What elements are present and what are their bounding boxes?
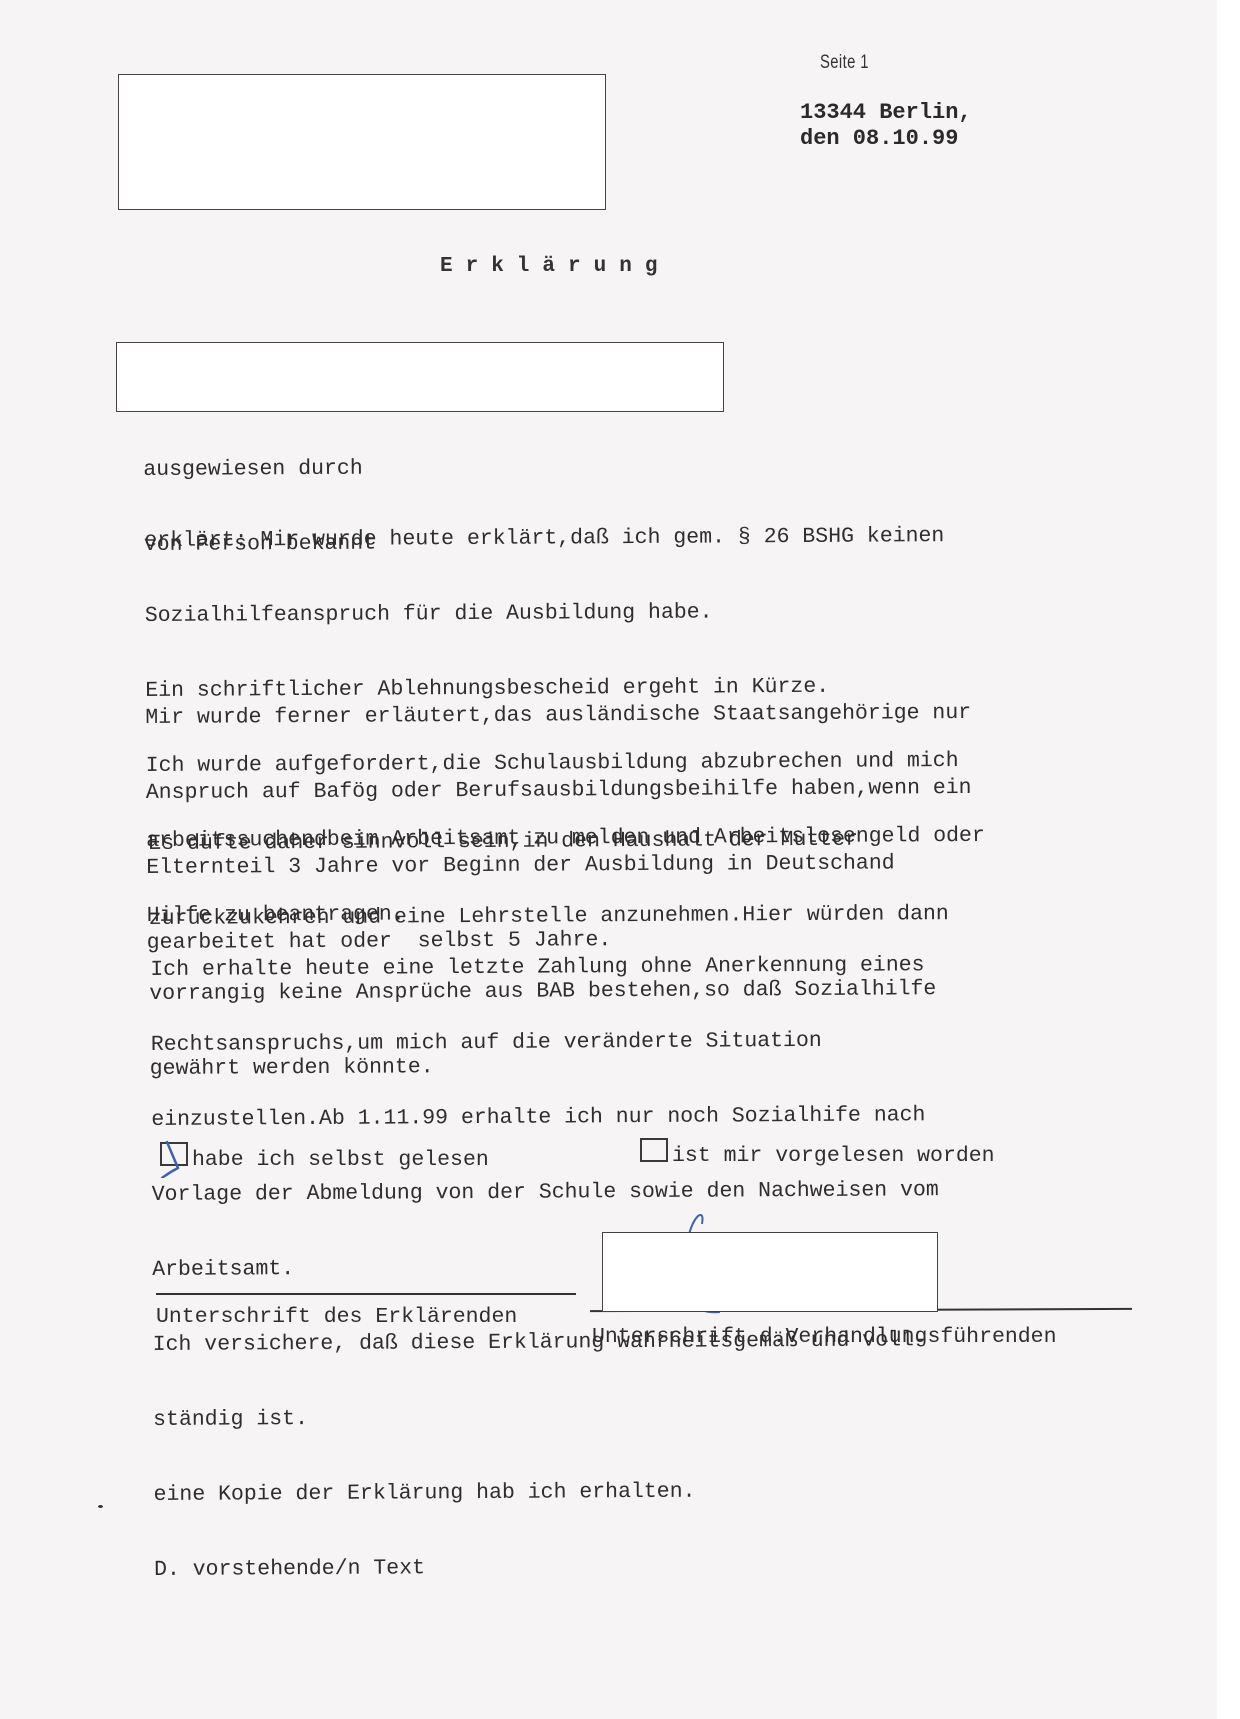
text-line: einzustellen.Ab 1.11.99 erhalte ich nur … (151, 1103, 938, 1133)
text-line: Es düfte daher sinnvoll sein,in den Haus… (148, 827, 948, 857)
text-line: Sozialhilfeanspruch für die Ausbildung h… (145, 599, 984, 629)
option-label: habe ich selbst gelesen (192, 1148, 489, 1172)
text-line: ständig ist. (153, 1403, 940, 1433)
declarant-signature-line (156, 1293, 576, 1295)
text-line: eine Kopie der Erklärung hab ich erhalte… (154, 1478, 941, 1508)
redacted-address-block (118, 74, 606, 210)
text-line: Vorlage der Abmeldung von der Schule sow… (152, 1178, 939, 1208)
text-line: D. vorstehende/n Text (154, 1553, 941, 1583)
date: den 08.10.99 (800, 126, 958, 151)
place: 13344 Berlin, (800, 100, 972, 125)
scan-speck (98, 1505, 103, 1508)
redacted-name-block (116, 342, 724, 412)
place-date: 13344 Berlin, den 08.10.99 (800, 100, 972, 152)
text-line: erklärt: Mir wurde heute erklärt,daß ich… (144, 524, 983, 554)
official-signature-label: Unterschrift d.Verhandlungsführenden (592, 1325, 1056, 1349)
checkbox-read-myself[interactable] (160, 1142, 188, 1166)
option-read-aloud[interactable]: ist mir vorgelesen worden (640, 1138, 995, 1168)
redacted-signature (602, 1232, 938, 1312)
option-label: ist mir vorgelesen worden (672, 1144, 995, 1168)
declarant-signature-label: Unterschrift des Erklärenden (156, 1305, 517, 1329)
text-line: Ich erhalte heute eine letzte Zahlung oh… (150, 953, 937, 983)
document-title: Erklärung (440, 255, 670, 278)
scan-margin (1217, 0, 1240, 1719)
option-read-myself[interactable]: habe ich selbst gelesen (160, 1142, 489, 1172)
checkbox-read-aloud[interactable] (640, 1138, 668, 1162)
page-number: Seite 1 (820, 52, 869, 74)
text-line: Mir wurde ferner erläutert,das ausländis… (145, 701, 971, 731)
text-line: Rechtsanspruchs,um mich auf die veränder… (151, 1028, 938, 1058)
